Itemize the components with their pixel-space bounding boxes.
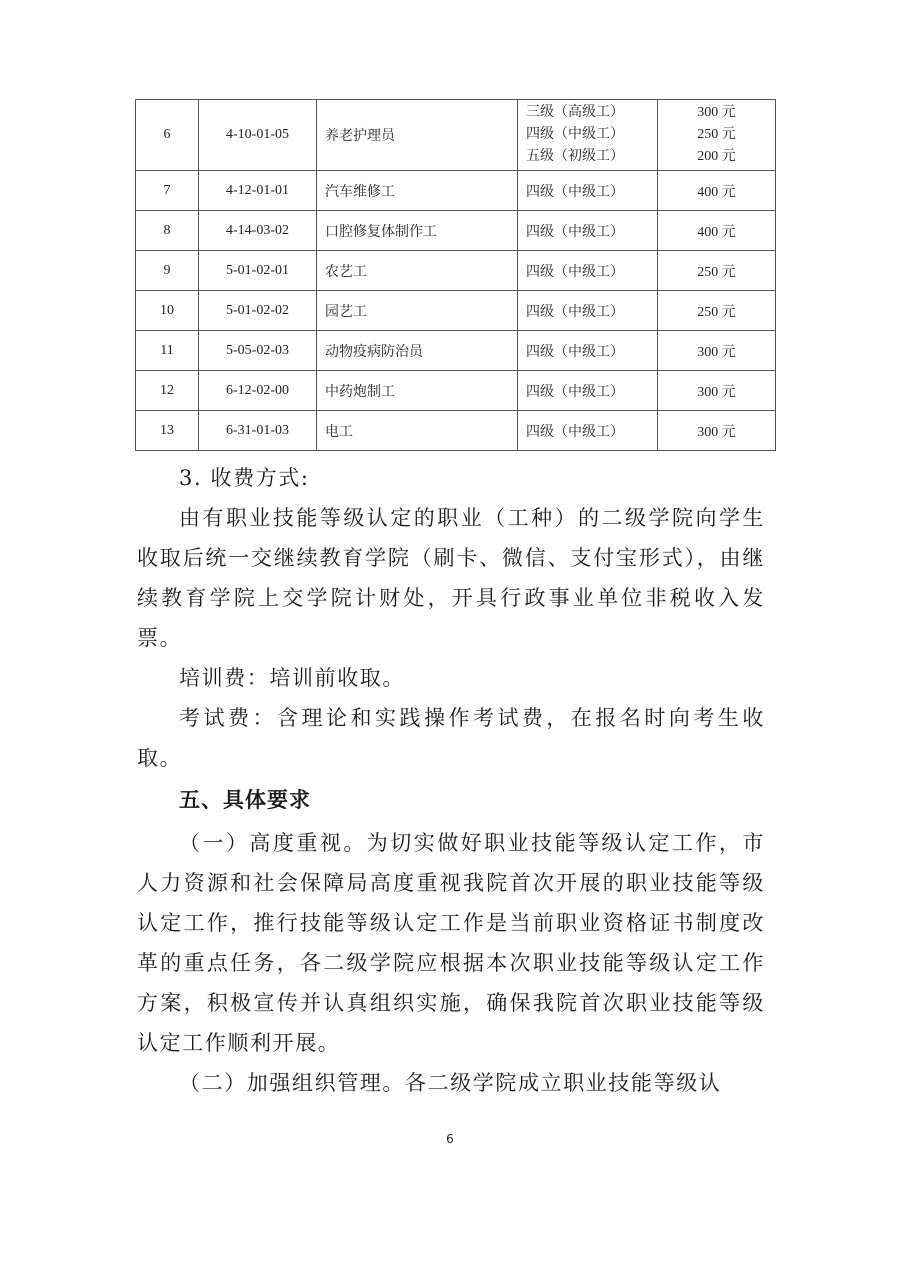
cell-code: 4-10-01-05 xyxy=(199,100,317,171)
cell-no: 13 xyxy=(136,411,199,451)
table-row: 11 5-05-02-03 动物疫病防治员 四级（中级工） 300 元 xyxy=(136,331,776,371)
training-fee-paragraph: 培训费：培训前收取。 xyxy=(137,658,765,698)
cell-name: 中药炮制工 xyxy=(317,371,518,411)
cell-no: 12 xyxy=(136,371,199,411)
cell-no: 8 xyxy=(136,211,199,251)
cell-level: 四级（中级工） xyxy=(518,291,658,331)
table-row: 9 5-01-02-01 农艺工 四级（中级工） 250 元 xyxy=(136,251,776,291)
cell-fee: 300 元 xyxy=(658,371,776,411)
cell-name: 养老护理员 xyxy=(317,100,518,171)
cell-name: 口腔修复体制作工 xyxy=(317,211,518,251)
cell-name: 动物疫病防治员 xyxy=(317,331,518,371)
payment-method-paragraph: 由有职业技能等级认定的职业（工种）的二级学院向学生收取后统一交继续教育学院（刷卡… xyxy=(137,498,765,658)
fee-table: 6 4-10-01-05 养老护理员 三级（高级工） 四级（中级工） 五级（初级… xyxy=(135,99,776,451)
section-5-heading: 五、具体要求 xyxy=(137,780,765,820)
fee-line: 200 元 xyxy=(658,146,775,168)
cell-fee: 250 元 xyxy=(658,251,776,291)
level-line: 四级（中级工） xyxy=(526,124,657,146)
cell-fee: 300 元 xyxy=(658,411,776,451)
cell-no: 7 xyxy=(136,171,199,211)
cell-level: 四级（中级工） xyxy=(518,251,658,291)
cell-level: 四级（中级工） xyxy=(518,331,658,371)
cell-code: 4-12-01-01 xyxy=(199,171,317,211)
level-line: 三级（高级工） xyxy=(526,102,657,124)
table-row: 10 5-01-02-02 园艺工 四级（中级工） 250 元 xyxy=(136,291,776,331)
cell-fee: 400 元 xyxy=(658,211,776,251)
cell-name: 园艺工 xyxy=(317,291,518,331)
table-row: 13 6-31-01-03 电工 四级（中级工） 300 元 xyxy=(136,411,776,451)
cell-code: 4-14-03-02 xyxy=(199,211,317,251)
cell-fee: 250 元 xyxy=(658,291,776,331)
cell-level: 四级（中级工） xyxy=(518,371,658,411)
cell-level: 四级（中级工） xyxy=(518,211,658,251)
cell-level: 四级（中级工） xyxy=(518,411,658,451)
cell-code: 5-01-02-01 xyxy=(199,251,317,291)
requirement-2-paragraph: （二）加强组织管理。各二级学院成立职业技能等级认 xyxy=(137,1063,765,1103)
requirement-1-paragraph: （一）高度重视。为切实做好职业技能等级认定工作，市人力资源和社会保障局高度重视我… xyxy=(137,823,765,1063)
fee-line: 300 元 xyxy=(658,102,775,124)
cell-code: 5-01-02-02 xyxy=(199,291,317,331)
table-row: 8 4-14-03-02 口腔修复体制作工 四级（中级工） 400 元 xyxy=(136,211,776,251)
page-number: 6 xyxy=(0,1132,900,1146)
section-3-title: 3. 收费方式: xyxy=(137,458,765,498)
cell-code: 5-05-02-03 xyxy=(199,331,317,371)
table-row: 6 4-10-01-05 养老护理员 三级（高级工） 四级（中级工） 五级（初级… xyxy=(136,100,776,171)
cell-name: 汽车维修工 xyxy=(317,171,518,211)
table-row: 12 6-12-02-00 中药炮制工 四级（中级工） 300 元 xyxy=(136,371,776,411)
cell-level: 四级（中级工） xyxy=(518,171,658,211)
cell-code: 6-31-01-03 xyxy=(199,411,317,451)
cell-name: 电工 xyxy=(317,411,518,451)
exam-fee-paragraph: 考试费：含理论和实践操作考试费，在报名时向考生收取。 xyxy=(137,698,765,778)
cell-no: 11 xyxy=(136,331,199,371)
cell-name: 农艺工 xyxy=(317,251,518,291)
cell-fee: 300 元 xyxy=(658,331,776,371)
level-line: 五级（初级工） xyxy=(526,146,657,168)
cell-code: 6-12-02-00 xyxy=(199,371,317,411)
cell-no: 9 xyxy=(136,251,199,291)
cell-no: 6 xyxy=(136,100,199,171)
cell-fee: 300 元 250 元 200 元 xyxy=(658,100,776,171)
cell-fee: 400 元 xyxy=(658,171,776,211)
table-row: 7 4-12-01-01 汽车维修工 四级（中级工） 400 元 xyxy=(136,171,776,211)
cell-no: 10 xyxy=(136,291,199,331)
fee-line: 250 元 xyxy=(658,124,775,146)
cell-level: 三级（高级工） 四级（中级工） 五级（初级工） xyxy=(518,100,658,171)
